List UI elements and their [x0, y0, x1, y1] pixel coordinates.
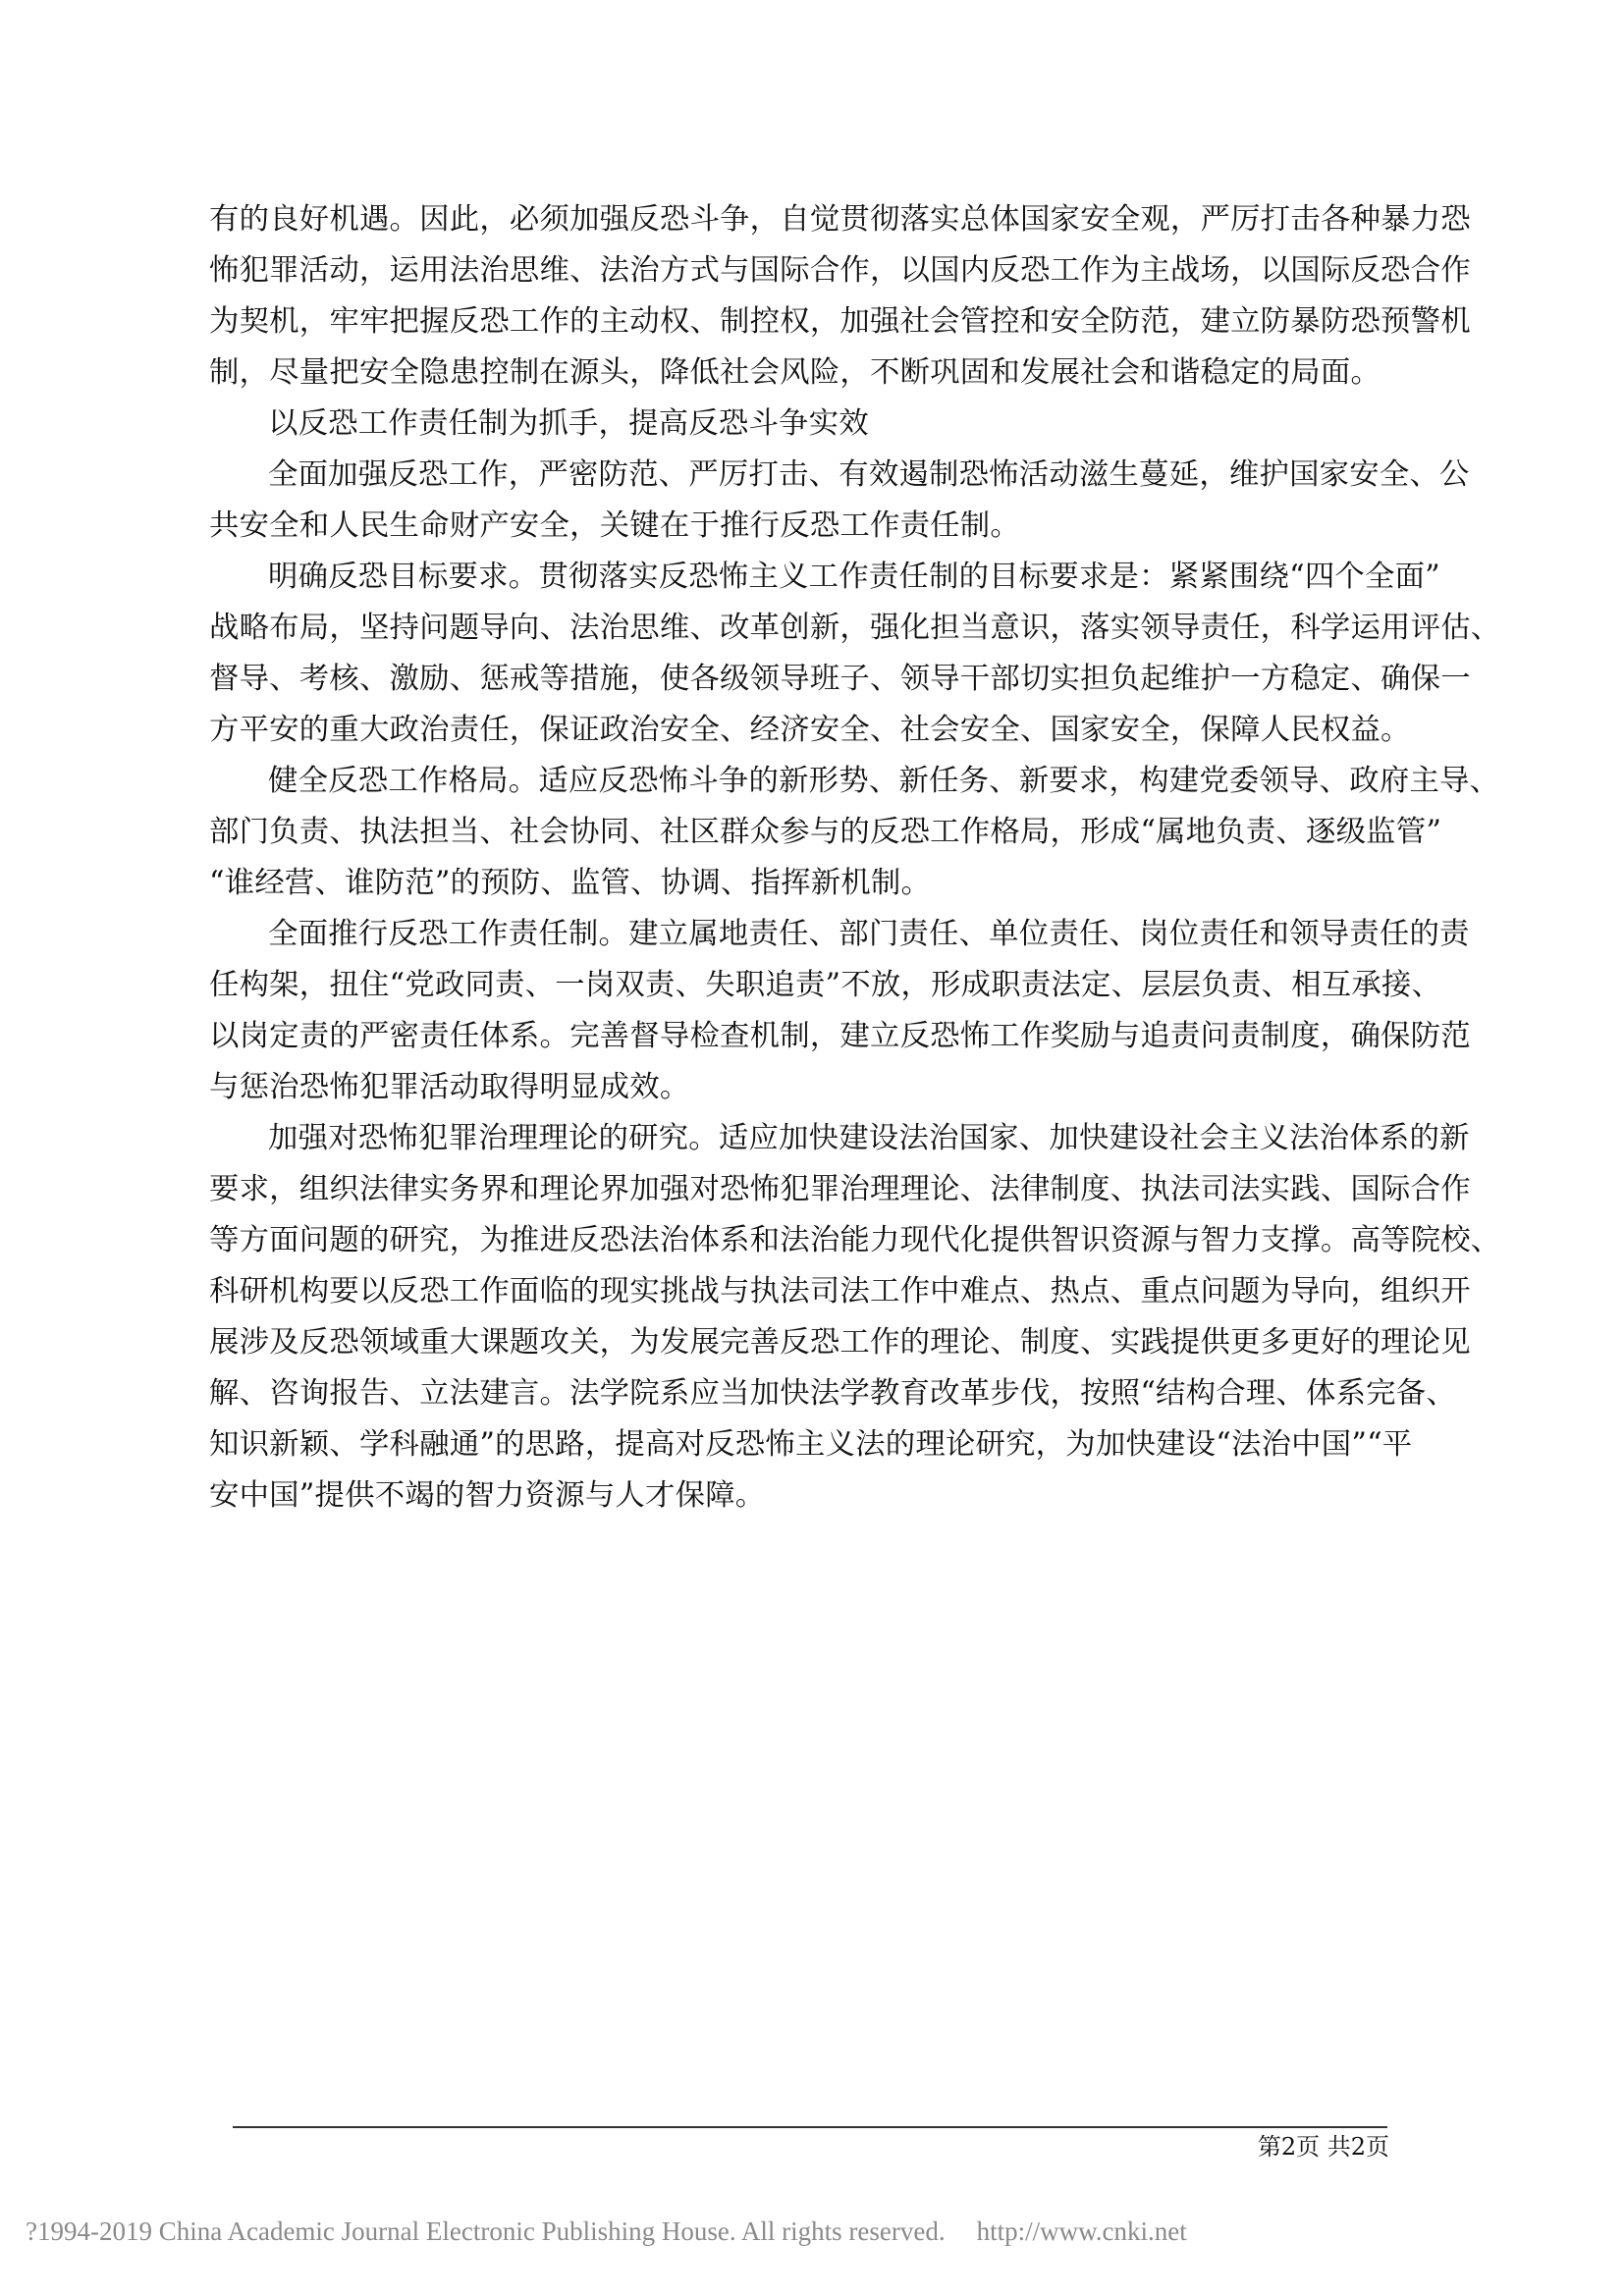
text-line: 要求，组织法律实务界和理论界加强对恐怖犯罪治理理论、法律制度、执法司法实践、国际…: [209, 1164, 1419, 1215]
text-line: 加强对恐怖犯罪治理理论的研究。适应加快建设法治国家、加快建设社会主义法治体系的新: [209, 1113, 1419, 1164]
scan-corner-mark: ˇ: [47, 0, 61, 4]
text-line: 战略布局，坚持问题导向、法治思维、改革创新，强化担当意识，落实领导责任，科学运用…: [209, 603, 1419, 654]
text-line: 解、咨询报告、立法建言。法学院系应当加快法学教育改革步伐，按照“结构合理、体系完…: [209, 1368, 1419, 1419]
footer-divider: [233, 2126, 1387, 2128]
text-line: 部门负责、执法担当、社会协同、社区群众参与的反恐工作格局，形成“属地负责、逐级监…: [209, 807, 1419, 858]
text-line: 展涉及反恐领域重大课题攻关，为发展完善反恐工作的理论、制度、实践提供更多更好的理…: [209, 1317, 1419, 1368]
page-number: 第2页 共2页: [1213, 2130, 1389, 2163]
text-line: 全面加强反恐工作，严密防范、严厉打击、有效遏制恐怖活动滋生蔓延，维护国家安全、公: [209, 450, 1419, 501]
text-line: “谁经营、谁防范”的预防、监管、协调、指挥新机制。: [209, 858, 1419, 909]
copyright-watermark: ?1994-2019 China Academic Journal Electr…: [26, 2216, 1187, 2247]
text-line: 有的良好机遇。因此，必须加强反恐斗争，自觉贯彻落实总体国家安全观，严厉打击各种暴…: [209, 194, 1419, 245]
cnki-url: http://www.cnki.net: [977, 2216, 1187, 2246]
text-line: 健全反恐工作格局。适应反恐怖斗争的新形势、新任务、新要求，构建党委领导、政府主导…: [209, 756, 1419, 807]
text-line: 与惩治恐怖犯罪活动取得明显成效。: [209, 1062, 1419, 1113]
copyright-text: ?1994-2019 China Academic Journal Electr…: [26, 2216, 946, 2246]
text-line: 等方面问题的研究，为推进反恐法治体系和法治能力现代化提供智识资源与智力支撑。高等…: [209, 1215, 1419, 1266]
text-line: 明确反恐目标要求。贯彻落实反恐怖主义工作责任制的目标要求是：紧紧围绕“四个全面”: [209, 552, 1419, 603]
text-line: 共安全和人民生命财产安全，关键在于推行反恐工作责任制。: [209, 501, 1419, 552]
text-line: 制，尽量把安全隐患控制在源头，降低社会风险，不断巩固和发展社会和谐稳定的局面。: [209, 347, 1419, 399]
text-line: 方平安的重大政治责任，保证政治安全、经济安全、社会安全、国家安全，保障人民权益。: [209, 705, 1419, 756]
text-line: 知识新颖、学科融通”的思路，提高对反恐怖主义法的理论研究，为加快建设“法治中国”…: [209, 1419, 1419, 1470]
section-heading: 以反恐工作责任制为抓手，提高反恐斗争实效: [209, 399, 1419, 450]
text-line: 怖犯罪活动，运用法治思维、法治方式与国际合作，以国内反恐工作为主战场，以国际反恐…: [209, 245, 1419, 296]
text-line: 以岗定责的严密责任体系。完善督导检查机制，建立反恐怖工作奖励与追责问责制度，确保…: [209, 1011, 1419, 1062]
text-line: 安中国”提供不竭的智力资源与人才保障。: [209, 1470, 1419, 1522]
text-line: 为契机，牢牢把握反恐工作的主动权、制控权，加强社会管控和安全防范，建立防暴防恐预…: [209, 296, 1419, 347]
text-line: 督导、考核、激励、惩戒等措施，使各级领导班子、领导干部切实担负起维护一方稳定、确…: [209, 654, 1419, 705]
document-body: 有的良好机遇。因此，必须加强反恐斗争，自觉贯彻落实总体国家安全观，严厉打击各种暴…: [209, 194, 1419, 1522]
text-line: 全面推行反恐工作责任制。建立属地责任、部门责任、单位责任、岗位责任和领导责任的责: [209, 909, 1419, 960]
text-line: 任构架，扭住“党政同责、一岗双责、失职追责”不放，形成职责法定、层层负责、相互承…: [209, 960, 1419, 1011]
text-line: 科研机构要以反恐工作面临的现实挑战与执法司法工作中难点、热点、重点问题为导向，组…: [209, 1266, 1419, 1317]
